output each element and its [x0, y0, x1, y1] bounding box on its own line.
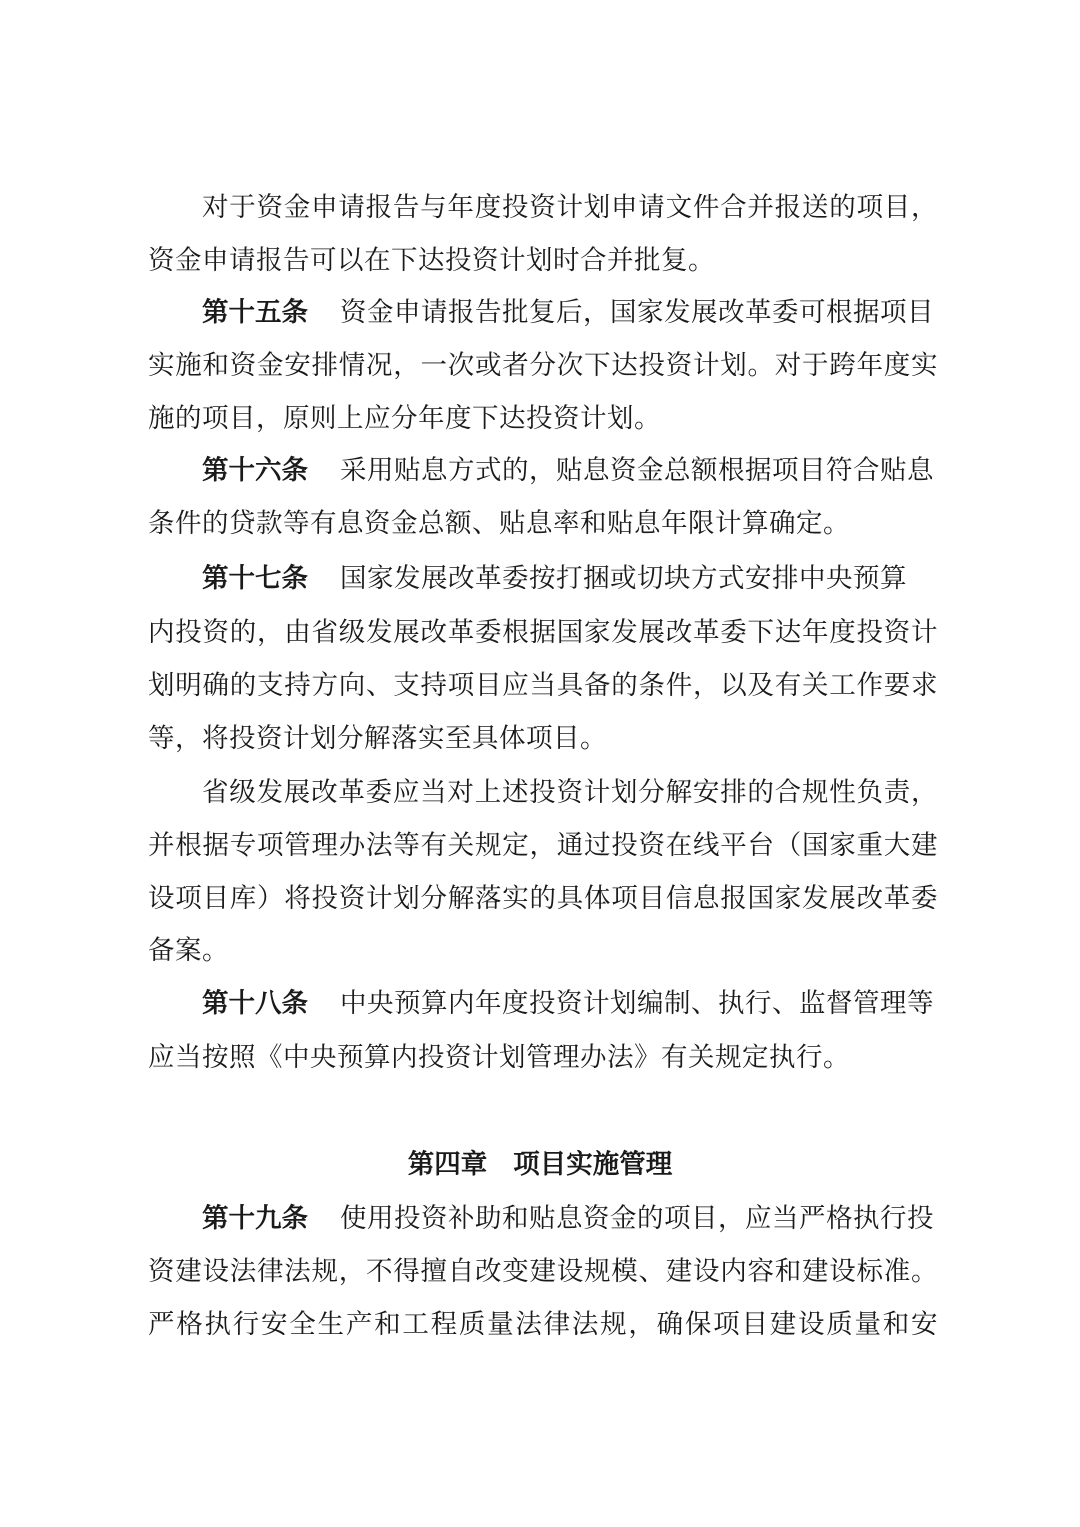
paragraph-line: 实施和资金安排情况，一次或者分次下达投资计划。对于跨年度实	[148, 346, 938, 386]
paragraph-line: 条件的贷款等有息资金总额、贴息率和贴息年限计算确定。	[148, 504, 938, 544]
paragraph-line: 设项目库）将投资计划分解落实的具体项目信息报国家发展改革委	[148, 879, 938, 919]
article-19-line: 第十九条使用投资补助和贴息资金的项目，应当严格执行投	[202, 1199, 938, 1239]
chapter-number: 第四章	[408, 1149, 488, 1180]
article-15-line: 第十五条资金申请报告批复后，国家发展改革委可根据项目	[202, 293, 938, 333]
article-number: 第十九条	[202, 1203, 308, 1234]
paragraph-line: 内投资的，由省级发展改革委根据国家发展改革委下达年度投资计	[148, 613, 938, 653]
article-number: 第十八条	[202, 988, 308, 1019]
article-number: 第十五条	[202, 297, 308, 328]
article-17-line: 第十七条国家发展改革委按打捆或切块方式安排中央预算	[202, 559, 938, 599]
paragraph-line: 对于资金申请报告与年度投资计划申请文件合并报送的项目，	[202, 188, 938, 228]
paragraph-line: 资建设法律法规，不得擅自改变建设规模、建设内容和建设标准。	[148, 1252, 938, 1292]
paragraph-line: 省级发展改革委应当对上述投资计划分解安排的合规性负责，	[202, 773, 938, 813]
article-text: 采用贴息方式的，贴息资金总额根据项目符合贴息	[340, 455, 934, 486]
article-number: 第十六条	[202, 455, 308, 486]
document-page: 对于资金申请报告与年度投资计划申请文件合并报送的项目， 资金申请报告可以在下达投…	[0, 0, 1080, 1527]
paragraph-line: 并根据专项管理办法等有关规定，通过投资在线平台（国家重大建	[148, 826, 938, 866]
article-text: 国家发展改革委按打捆或切块方式安排中央预算	[340, 563, 907, 594]
paragraph-line: 施的项目，原则上应分年度下达投资计划。	[148, 399, 938, 439]
article-18-line: 第十八条中央预算内年度投资计划编制、执行、监督管理等	[202, 984, 938, 1024]
paragraph-line: 备案。	[148, 931, 938, 971]
paragraph-line: 严格执行安全生产和工程质量法律法规，确保项目建设质量和安	[148, 1305, 938, 1345]
article-text: 中央预算内年度投资计划编制、执行、监督管理等	[340, 988, 934, 1019]
article-number: 第十七条	[202, 563, 308, 594]
paragraph-line: 等，将投资计划分解落实至具体项目。	[148, 719, 938, 759]
paragraph-line: 应当按照《中央预算内投资计划管理办法》有关规定执行。	[148, 1038, 938, 1078]
article-text: 资金申请报告批复后，国家发展改革委可根据项目	[340, 297, 934, 328]
paragraph-line: 划明确的支持方向、支持项目应当具备的条件，以及有关工作要求	[148, 666, 938, 706]
article-text: 使用投资补助和贴息资金的项目，应当严格执行投	[340, 1203, 934, 1234]
paragraph-line: 资金申请报告可以在下达投资计划时合并批复。	[148, 241, 938, 281]
chapter-title: 项目实施管理	[513, 1149, 672, 1180]
article-16-line: 第十六条采用贴息方式的，贴息资金总额根据项目符合贴息	[202, 451, 938, 491]
chapter-heading: 第四章项目实施管理	[0, 1145, 1080, 1185]
